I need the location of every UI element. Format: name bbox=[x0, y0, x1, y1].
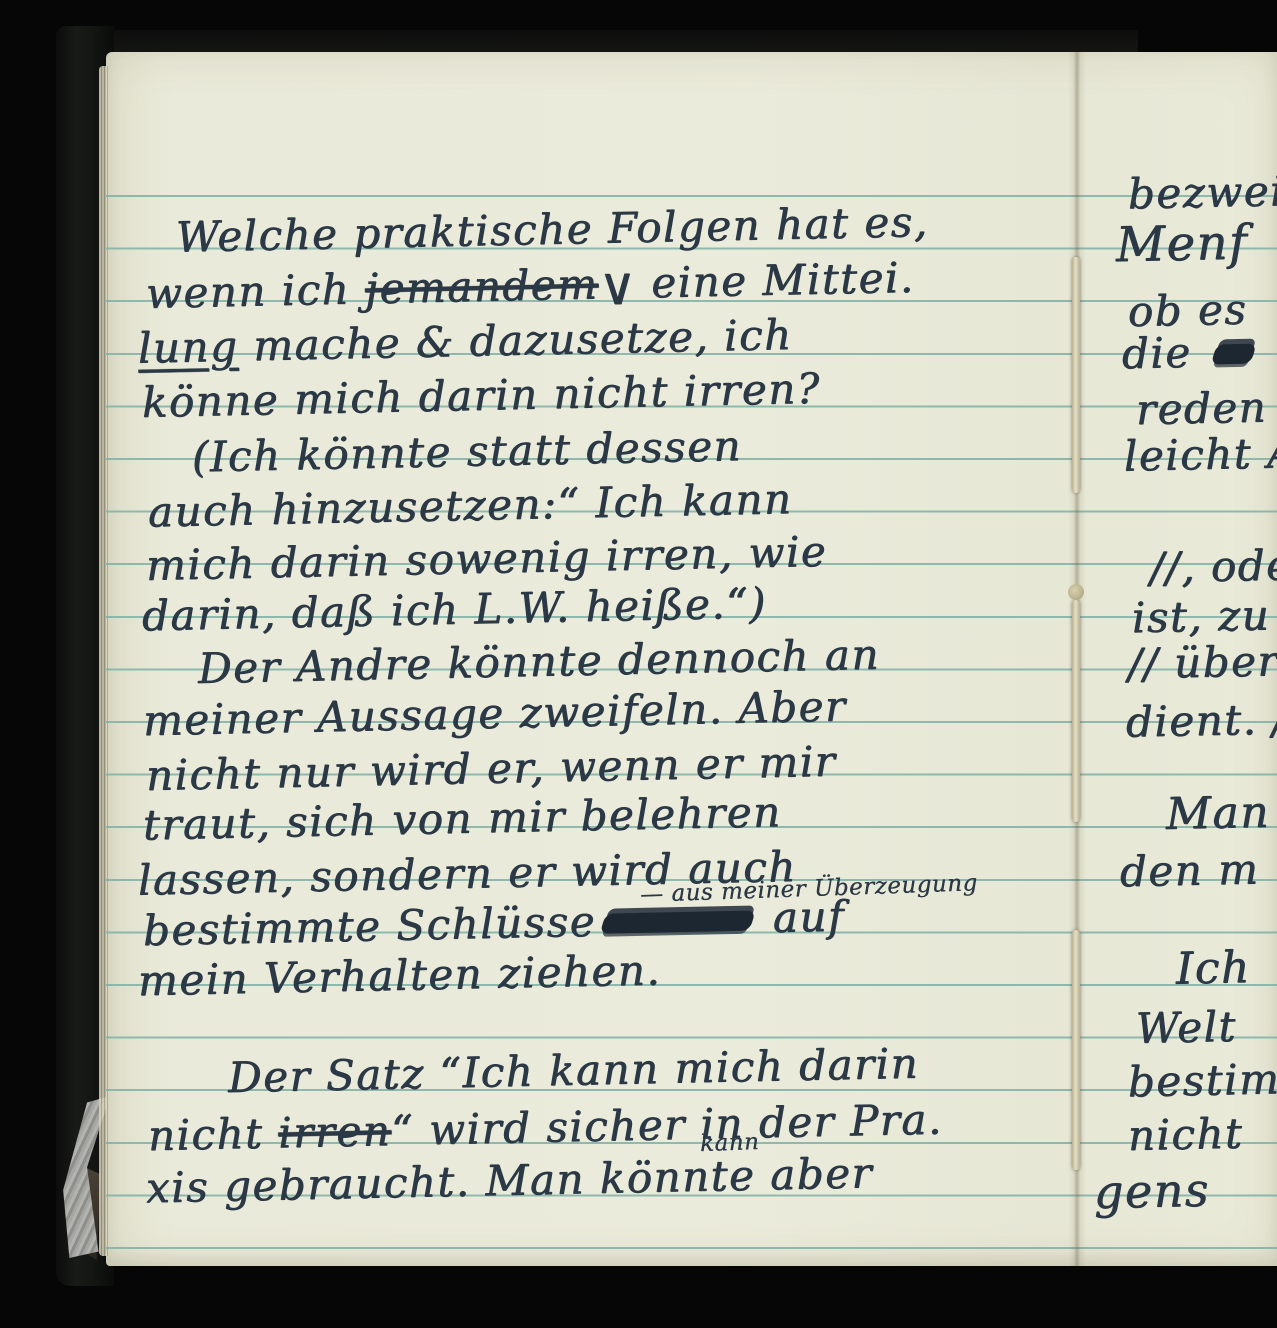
handwritten-text: Ich bbox=[1175, 942, 1251, 995]
manuscript-line: den m bbox=[1120, 845, 1260, 897]
manuscript-line: bezwei bbox=[1128, 166, 1277, 218]
handwritten-text: bestim bbox=[1128, 1054, 1277, 1106]
handwritten-text: den m bbox=[1120, 845, 1260, 897]
ink-blot-strikeout bbox=[1210, 344, 1256, 365]
manuscript-line: nicht bbox=[1127, 1109, 1243, 1160]
manuscript-line: gens bbox=[1093, 1163, 1210, 1219]
handwritten-text: leicht A bbox=[1124, 428, 1277, 481]
handwritten-text: reden bbox=[1136, 383, 1268, 435]
handwriting-right-page: bezweiMenfob esdie redenleicht A//, odei… bbox=[0, 0, 1277, 1328]
handwritten-text: bezwei bbox=[1128, 166, 1277, 218]
manuscript-line: // über bbox=[1128, 636, 1277, 688]
handwritten-text: nicht bbox=[1127, 1109, 1243, 1160]
handwritten-text: Menf bbox=[1115, 215, 1248, 274]
manuscript-line: leicht A bbox=[1124, 428, 1277, 481]
manuscript-line: ist, zu bbox=[1132, 591, 1271, 643]
handwritten-text: dient. // bbox=[1126, 694, 1277, 747]
manuscript-line: Ich bbox=[1175, 942, 1251, 995]
manuscript-line: Man bbox=[1165, 787, 1270, 840]
manuscript-photo: Welche praktische Folgen hat es,wenn ich… bbox=[0, 0, 1277, 1328]
handwritten-text: die bbox=[1122, 328, 1208, 379]
handwritten-text: // über bbox=[1128, 636, 1277, 688]
handwritten-text: //, ode bbox=[1150, 541, 1277, 593]
handwritten-text: Welt bbox=[1135, 1002, 1237, 1053]
handwritten-text: ist, zu bbox=[1132, 591, 1271, 643]
handwritten-text: gens bbox=[1093, 1163, 1210, 1219]
manuscript-line: Welt bbox=[1135, 1002, 1237, 1053]
manuscript-line: reden bbox=[1136, 383, 1268, 435]
manuscript-line: Menf bbox=[1115, 215, 1248, 274]
handwritten-text: Man bbox=[1165, 787, 1270, 840]
manuscript-line: bestim bbox=[1128, 1054, 1277, 1106]
manuscript-line: die bbox=[1122, 327, 1260, 379]
manuscript-line: dient. // bbox=[1126, 694, 1277, 747]
manuscript-line: //, ode bbox=[1150, 541, 1277, 593]
